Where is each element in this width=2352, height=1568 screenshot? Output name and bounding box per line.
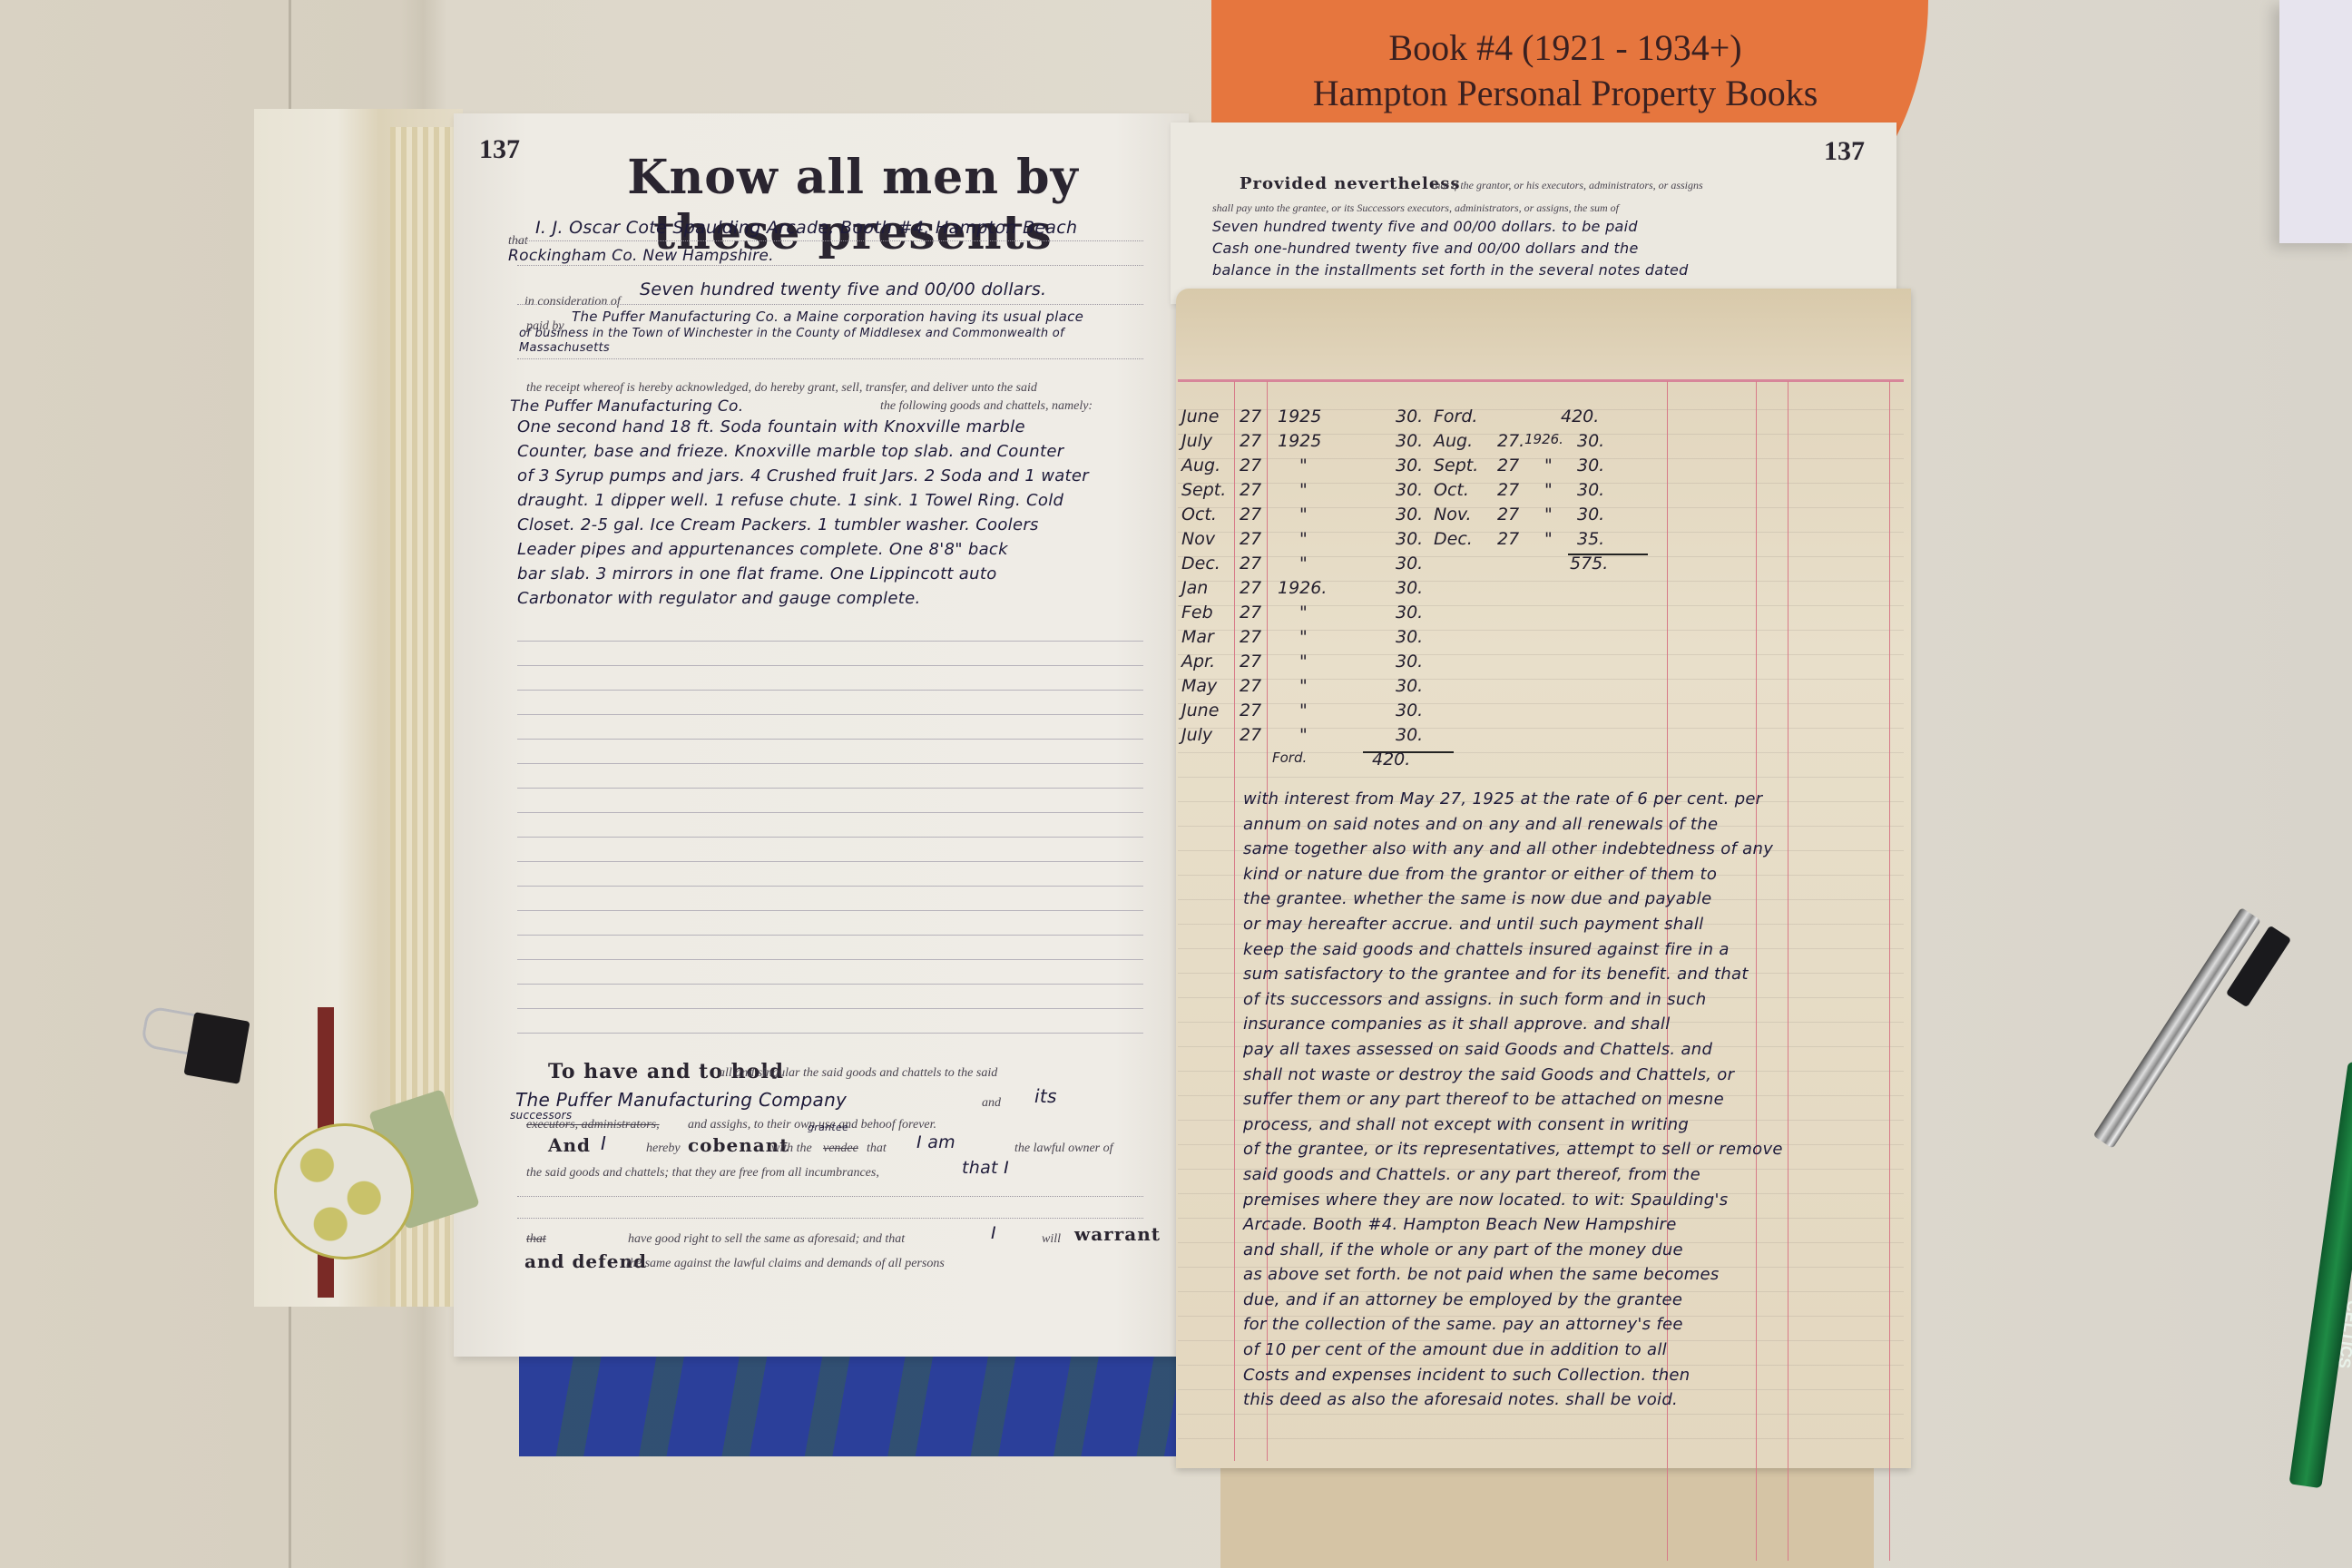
- body-line: premises where they are now located. to …: [1243, 1191, 1896, 1216]
- ledger-row: Dec. 27 " 30.: [1181, 554, 1454, 578]
- covenant-that: that: [867, 1142, 887, 1156]
- goods-line: Closet. 2-5 gal. Ice Cream Packers. 1 tu…: [517, 515, 1039, 534]
- ledger-day: 27: [1240, 456, 1261, 475]
- habendum-struck: executors, administrators,: [526, 1118, 660, 1132]
- body-line: of 10 per cent of the amount due in addi…: [1243, 1340, 1896, 1366]
- ledger-row: Aug. 27. 1926. 30.: [1434, 431, 1670, 456]
- proviso-hand-line: Seven hundred twenty five and 00/00 doll…: [1212, 218, 1638, 235]
- ledger-amount: 30.: [1577, 505, 1604, 524]
- blank-ruled-lines: [517, 617, 1143, 1034]
- ledger-amount: 30.: [1396, 578, 1423, 598]
- ledger-day: 27: [1497, 529, 1519, 549]
- ledger-year: ": [1299, 529, 1308, 549]
- covenant-with-the: with the: [771, 1142, 812, 1156]
- ledger-right-column: Ford. 420. Aug. 27. 1926. 30. Sept. 27 "…: [1434, 407, 1670, 578]
- ledger-amount: 30.: [1396, 529, 1423, 549]
- ledger-day: 27: [1240, 603, 1261, 622]
- ledger-month: Mar: [1181, 627, 1214, 647]
- ledger-month: Oct.: [1181, 505, 1217, 524]
- covenant-that-i: that I: [962, 1158, 1009, 1178]
- ledger-row: June 27 1925 30.: [1181, 407, 1454, 431]
- grantor-line-1: I. J. Oscar Cote Spaulding Arcade, Booth…: [535, 218, 1077, 238]
- defend-text: the same against the lawful claims and d…: [626, 1257, 945, 1271]
- ledger-month: Feb: [1181, 603, 1213, 622]
- ledger-day: 27: [1240, 529, 1261, 549]
- ledger-year: 1926.: [1278, 578, 1327, 598]
- ledger-row: Aug. 27 " 30.: [1181, 456, 1454, 480]
- warrant-struck: that: [526, 1232, 546, 1247]
- decorative-clip-disc: [274, 1123, 414, 1259]
- ledger-day: 27: [1240, 652, 1261, 671]
- ledger-month: Apr.: [1181, 652, 1215, 671]
- body-line: Costs and expenses incident to such Coll…: [1243, 1366, 1896, 1391]
- ledger-amount: 30.: [1577, 431, 1604, 451]
- ledger-amount: 30.: [1577, 456, 1604, 475]
- ledger-month: Sept.: [1434, 456, 1478, 475]
- ledger-month: Aug.: [1181, 456, 1220, 475]
- covenant-who: I: [601, 1132, 606, 1154]
- warrant-text: have good right to sell the same as afor…: [628, 1232, 905, 1247]
- loose-white-paper: [2279, 0, 2352, 243]
- ledger-day: 27.: [1497, 431, 1524, 451]
- ledger-row: Oct. 27 " 30.: [1434, 480, 1670, 505]
- payer-line-1: The Puffer Manufacturing Co. a Maine cor…: [572, 309, 1083, 325]
- silver-pen: [2093, 907, 2261, 1149]
- ledger-year: ": [1299, 652, 1308, 671]
- body-line: or may hereafter accrue. and until such …: [1243, 915, 1896, 940]
- ledger-row: Dec. 27 " 35.: [1434, 529, 1670, 554]
- grant-clause: the receipt whereof is hereby acknowledg…: [526, 381, 1037, 396]
- covenant-grantee: grantee: [808, 1122, 848, 1133]
- right-page-number: 137: [1824, 136, 1865, 167]
- proviso-hand-line: Cash one-hundred twenty five and 00/00 d…: [1212, 240, 1639, 257]
- page-heading: Know all men by these presents: [572, 150, 1134, 260]
- ledger-day: 27: [1240, 725, 1261, 745]
- body-line: this deed as also the aforesaid notes. s…: [1243, 1390, 1896, 1416]
- ledger-row: July 27 " 30.: [1181, 725, 1454, 750]
- warrant-will: will: [1042, 1232, 1061, 1247]
- ledger-month: Oct.: [1434, 480, 1469, 500]
- ledger-amount: 35.: [1577, 529, 1604, 549]
- ledger-day: 27: [1240, 676, 1261, 696]
- ruled-line: [517, 265, 1143, 266]
- ledger-amount: 30.: [1396, 554, 1423, 573]
- ruled-line: [517, 1218, 1143, 1219]
- ledger-year: 1925: [1278, 407, 1321, 426]
- ledger-row: Sept. 27 " 30.: [1181, 480, 1454, 505]
- body-line: sum satisfactory to the grantee and for …: [1243, 965, 1896, 990]
- body-line: the grantee. whether the same is now due…: [1243, 889, 1896, 915]
- ledger-year: ": [1544, 456, 1553, 475]
- goods-line: Carbonator with regulator and gauge comp…: [517, 589, 920, 608]
- ledger-footer-total: 420.: [1372, 750, 1410, 769]
- ledger-amount: 30.: [1396, 652, 1423, 671]
- black-binder-clip: [183, 1012, 250, 1084]
- body-line: said goods and Chattels. or any part the…: [1243, 1165, 1896, 1191]
- ledger-year: 1925: [1278, 431, 1321, 451]
- proviso-hand-line: balance in the installments set forth in…: [1212, 261, 1689, 279]
- ledger-year: ": [1544, 480, 1553, 500]
- ledger-row: May 27 " 30.: [1181, 676, 1454, 701]
- ledger-month: Dec.: [1434, 529, 1473, 549]
- ledger-row: Nov. 27 " 30.: [1434, 505, 1670, 529]
- covenant-owner: the lawful owner of: [1014, 1142, 1113, 1156]
- ledger-amount: 30.: [1396, 725, 1423, 745]
- ledger-day: 27: [1497, 456, 1519, 475]
- body-line: same together also with any and all othe…: [1243, 839, 1896, 865]
- ledger-row: Oct. 27 " 30.: [1181, 505, 1454, 529]
- goods-line: bar slab. 3 mirrors in one flat frame. O…: [517, 564, 997, 583]
- ledger-day: 27: [1240, 627, 1261, 647]
- body-line: keep the said goods and chattels insured…: [1243, 940, 1896, 965]
- grantor-line-2: Rockingham Co. New Hampshire.: [508, 247, 774, 265]
- proviso-line1: that if the grantor, or his executors, a…: [1432, 179, 1703, 192]
- habendum-its: its: [1034, 1085, 1057, 1107]
- covenant-lead: And: [548, 1134, 591, 1156]
- body-line: annum on said notes and on any and all r…: [1243, 815, 1896, 840]
- body-line: with interest from May 27, 1925 at the r…: [1243, 789, 1896, 815]
- ledger-year: ": [1544, 529, 1553, 549]
- ruled-line: [517, 1196, 1143, 1197]
- goods-line: of 3 Syrup pumps and jars. 4 Crushed fru…: [517, 466, 1089, 485]
- folder-label-line2: Hampton Personal Property Books: [1211, 71, 1919, 116]
- ledger-total-row: 575.: [1434, 554, 1670, 578]
- ledger-row: Feb 27 " 30.: [1181, 603, 1454, 627]
- ledger-month: July: [1181, 431, 1212, 451]
- body-line: of the grantee, or its representatives, …: [1243, 1140, 1896, 1165]
- ledger-month: June: [1181, 701, 1219, 720]
- ledger-footer-label: Ford.: [1272, 750, 1307, 766]
- ledger-amount: 30.: [1396, 676, 1423, 696]
- ledger-month: Aug.: [1434, 431, 1473, 451]
- ledger-month: May: [1181, 676, 1217, 696]
- covenant-i-am: I am: [916, 1132, 955, 1152]
- ruled-line: [517, 358, 1143, 359]
- ledger-day: 27: [1497, 480, 1519, 500]
- ledger-month: Dec.: [1181, 554, 1220, 573]
- consideration-amount: Seven hundred twenty five and 00/00 doll…: [640, 279, 1046, 299]
- ledger-sheet-lower: [1220, 1461, 1874, 1568]
- ledger-amount: 30.: [1396, 627, 1423, 647]
- ledger-right-total: 575.: [1570, 554, 1608, 573]
- covenant-struck: vendee: [823, 1142, 858, 1156]
- ledger-day: 27: [1240, 505, 1261, 524]
- payer-line-2: of business in the Town of Winchester in…: [519, 327, 1064, 340]
- folder-label-line1: Book #4 (1921 - 1934+): [1211, 25, 1919, 71]
- ledger-amount: 30.: [1396, 505, 1423, 524]
- body-line: kind or nature due from the grantor or e…: [1243, 865, 1896, 890]
- ledger-year: 1926.: [1524, 431, 1563, 447]
- goods-label: the following goods and chattels, namely…: [880, 399, 1093, 414]
- habendum-and: and: [982, 1096, 1001, 1111]
- consideration-label: in consideration of: [524, 295, 621, 309]
- goods-line: draught. 1 dipper well. 1 refuse chute. …: [517, 491, 1063, 510]
- ledger-day: 27: [1240, 578, 1261, 598]
- ledger-month: Sept.: [1181, 480, 1226, 500]
- ledger-amount: 30.: [1396, 603, 1423, 622]
- folder-label: Book #4 (1921 - 1934+) Hampton Personal …: [1211, 25, 1919, 116]
- ledger-month: Jan: [1181, 578, 1208, 598]
- covenant-hereby: hereby: [646, 1142, 681, 1156]
- payer-line-3: Massachusetts: [519, 341, 610, 355]
- ledger-row: July 27 1925 30.: [1181, 431, 1454, 456]
- ledger-row: Ford. 420.: [1434, 407, 1670, 431]
- ledger-month: June: [1181, 407, 1219, 426]
- ledger-header-rule: [1178, 379, 1904, 382]
- body-line: of its successors and assigns. in such f…: [1243, 990, 1896, 1015]
- ledger-amount: 30.: [1396, 407, 1423, 426]
- ledger-month: Nov: [1181, 529, 1215, 549]
- body-line: for the collection of the same. pay an a…: [1243, 1315, 1896, 1340]
- ruled-line: [517, 304, 1143, 305]
- ledger-day: 27: [1240, 431, 1261, 451]
- green-pen: [2288, 1062, 2352, 1488]
- body-line: Arcade. Booth #4. Hampton Beach New Hamp…: [1243, 1215, 1896, 1240]
- ledger-day: 27: [1240, 480, 1261, 500]
- ledger-amount: 420.: [1561, 407, 1599, 426]
- goods-line: Counter, base and frieze. Knoxville marb…: [517, 442, 1063, 461]
- goods-line: Leader pipes and appurtenances complete.…: [517, 540, 1008, 559]
- ledger-day: 27: [1240, 701, 1261, 720]
- body-line: process, and shall not except with conse…: [1243, 1115, 1896, 1141]
- grantee-name: The Puffer Manufacturing Co.: [510, 397, 743, 416]
- ledger-year: ": [1299, 480, 1308, 500]
- ledger-amount: 30.: [1396, 701, 1423, 720]
- ledger-row: Nov 27 " 30.: [1181, 529, 1454, 554]
- ledger-year: ": [1299, 676, 1308, 696]
- ledger-row: Jan 27 1926. 30.: [1181, 578, 1454, 603]
- ledger-left-column: June 27 1925 30. July 27 1925 30. Aug. 2…: [1181, 407, 1454, 774]
- ledger-year: ": [1299, 701, 1308, 720]
- ledger-month: Ford.: [1434, 407, 1477, 426]
- ruled-line: [517, 240, 1143, 241]
- ledger-month: Nov.: [1434, 505, 1472, 524]
- body-line: suffer them or any part thereof to be at…: [1243, 1090, 1896, 1115]
- proviso-lead: Provided nevertheless: [1240, 174, 1461, 193]
- body-line: shall not waste or destroy the said Good…: [1243, 1065, 1896, 1091]
- ledger-day: 27: [1240, 554, 1261, 573]
- habendum-text: all and singular the said goods and chat…: [719, 1066, 997, 1081]
- body-line: as above set forth. be not paid when the…: [1243, 1265, 1896, 1290]
- ledger-body: with interest from May 27, 1925 at the r…: [1243, 789, 1896, 1416]
- warrant-who: I: [991, 1223, 996, 1243]
- ledger-year: ": [1299, 456, 1308, 475]
- ledger-year: ": [1299, 603, 1308, 622]
- goods-line: One second hand 18 ft. Soda fountain wit…: [517, 417, 1025, 436]
- ledger-year: ": [1544, 505, 1553, 524]
- ledger-row: Sept. 27 " 30.: [1434, 456, 1670, 480]
- ledger-year: ": [1299, 725, 1308, 745]
- left-page-number: 137: [479, 134, 520, 165]
- ledger-amount: 30.: [1396, 456, 1423, 475]
- covenant-line2: the said goods and chattels; that they a…: [526, 1166, 879, 1181]
- ledger-row: June 27 " 30.: [1181, 701, 1454, 725]
- body-line: due, and if an attorney be employed by t…: [1243, 1290, 1896, 1316]
- ledger-year: ": [1299, 505, 1308, 524]
- ledger-day: 27: [1497, 505, 1519, 524]
- ledger-year: ": [1299, 554, 1308, 573]
- ledger-month: July: [1181, 725, 1212, 745]
- body-line: pay all taxes assessed on said Goods and…: [1243, 1040, 1896, 1065]
- ledger-footer-row: Ford. 420.: [1181, 750, 1454, 774]
- ledger-amount: 30.: [1577, 480, 1604, 500]
- body-line: and shall, if the whole or any part of t…: [1243, 1240, 1896, 1266]
- ledger-amount: 30.: [1396, 431, 1423, 451]
- blue-tape: [519, 1352, 1204, 1456]
- warrant-word: warrant: [1074, 1223, 1161, 1245]
- ledger-row: Apr. 27 " 30.: [1181, 652, 1454, 676]
- habendum-grantee: The Puffer Manufacturing Company: [515, 1089, 847, 1111]
- ledger-day: 27: [1240, 407, 1261, 426]
- ledger-amount: 30.: [1396, 480, 1423, 500]
- body-line: insurance companies as it shall approve.…: [1243, 1014, 1896, 1040]
- proviso-line2: shall pay unto the grantee, or its Succe…: [1212, 201, 1619, 215]
- ledger-year: ": [1299, 627, 1308, 647]
- ledger-row: Mar 27 " 30.: [1181, 627, 1454, 652]
